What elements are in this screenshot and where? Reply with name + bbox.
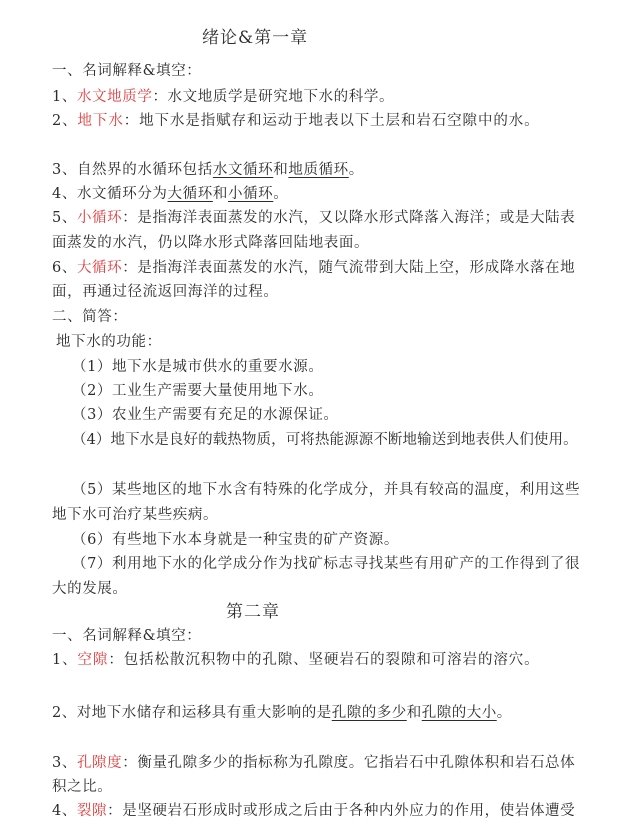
separator: ：: [108, 652, 123, 668]
separator: ：: [152, 89, 167, 105]
definition-item: 1、水文地质学：水文地质学是研究地下水的科学。: [52, 87, 394, 107]
conjunction: 和: [213, 186, 228, 202]
definition-continuation: 积之比。: [52, 777, 112, 797]
separator: ：: [107, 803, 122, 819]
definition-item: 3、孔隙度：衡量孔隙多少的指标称为孔隙度。它指岩石中孔隙体积和岩石总体: [52, 753, 575, 773]
item-number: 3、: [52, 162, 77, 178]
fill-blank-item: 2、对地下水储存和运移具有重大影响的是孔隙的多少和孔隙的大小。: [52, 703, 512, 723]
answer-blank: 地质循环: [288, 162, 348, 178]
function-item: （4）地下水是良好的载热物质，可将热能源源不断地输送到地表供人们使用。: [72, 430, 578, 450]
definition: 是指海洋表面蒸发的水汽，随气流带到大陆上空，形成降水落在地: [137, 260, 575, 276]
term: 孔隙度: [77, 755, 122, 771]
punctuation: 。: [497, 705, 512, 721]
item-number: 1、: [52, 89, 77, 105]
question-text: 对地下水储存和运移具有重大影响的是: [77, 705, 332, 721]
term: 水文地质学: [77, 89, 153, 105]
fill-blank-item: 3、自然界的水循环包括水文循环和地质循环。: [52, 160, 364, 180]
definition-continuation: 面，再通过径流返回海洋的过程。: [52, 282, 279, 302]
chapter2-section1-heading: 一、名词解释&填空：: [52, 626, 201, 646]
function-item: （5）某些地区的地下水含有特殊的化学成分，并具有较高的温度，利用这些: [72, 480, 580, 500]
question-text: 水文循环分为: [77, 186, 168, 202]
item-number: 3、: [52, 755, 77, 771]
chapter1-section1-heading: 一、名词解释&填空：: [52, 61, 201, 81]
definition-continuation: 面蒸发的水汽，仍以降水形式降落回陆地表面。: [52, 233, 369, 253]
answer-blank: 水文循环: [213, 162, 273, 178]
separator: ：: [124, 113, 139, 129]
term: 小循环: [77, 210, 122, 226]
question-text: 自然界的水循环包括: [77, 162, 213, 178]
function-item: （2）工业生产需要大量使用地下水。: [72, 381, 323, 401]
function-continuation: 地下水可治疗某些疾病。: [52, 505, 218, 525]
answer-blank: 孔隙的多少: [332, 705, 407, 721]
function-continuation: 大的发展。: [52, 579, 128, 599]
punctuation: 。: [273, 186, 288, 202]
term: 裂隙: [77, 803, 107, 819]
term: 空隙: [78, 652, 109, 668]
item-number: 4、: [52, 186, 77, 202]
definition: 地下水是指赋存和运动于地表以下土层和岩石空隙中的水。: [139, 113, 539, 129]
term: 地下水: [78, 113, 124, 129]
definition: 水文地质学是研究地下水的科学。: [168, 89, 395, 105]
conjunction: 和: [407, 705, 422, 721]
punctuation: 。: [349, 162, 364, 178]
function-item: （7）利用地下水的化学成分作为找矿标志寻找某些有用矿产的工作得到了很: [72, 554, 580, 574]
chapter1-section2-heading: 二、简答：: [52, 307, 128, 327]
function-item: （3）农业生产需要有充足的水源保证。: [72, 405, 339, 425]
item-number: 4、: [52, 803, 77, 819]
item-number: 1、: [52, 652, 78, 668]
separator: ：: [122, 755, 137, 771]
definition: 衡量孔隙多少的指标称为孔隙度。它指岩石中孔隙体积和岩石总体: [137, 755, 575, 771]
item-number: 2、: [52, 705, 77, 721]
chapter1-title: 绪论&第一章: [202, 26, 308, 50]
definition-item: 5、小循环：是指海洋表面蒸发的水汽，又以降水形式降落入海洋；或是大陆表: [52, 208, 575, 228]
fill-blank-item: 4、水文循环分为大循环和小循环。: [52, 184, 288, 204]
definition: 是坚硬岩石形成时或形成之后由于各种内外应力的作用，使岩体遭受: [122, 803, 575, 819]
definition: 是指海洋表面蒸发的水汽，又以降水形式降落入海洋；或是大陆表: [137, 210, 575, 226]
item-number: 2、: [52, 113, 78, 129]
definition-item: 6、大循环：是指海洋表面蒸发的水汽，随气流带到大陆上空，形成降水落在地: [52, 258, 575, 278]
chapter2-title: 第二章: [226, 600, 280, 624]
separator: ：: [122, 260, 137, 276]
function-item: （1）地下水是城市供水的重要水源。: [72, 357, 323, 377]
term: 大循环: [77, 260, 122, 276]
item-number: 6、: [52, 260, 77, 276]
answer-blank: 小循环: [228, 186, 273, 202]
function-item: （6）有些地下水本身就是一种宝贵的矿产资源。: [72, 530, 399, 550]
definition-item: 1、空隙：包括松散沉积物中的孔隙、坚硬岩石的裂隙和可溶岩的溶穴。: [52, 650, 540, 670]
answer-blank: 孔隙的大小: [422, 705, 497, 721]
qa-title: 地下水的功能：: [56, 332, 162, 352]
answer-blank: 大循环: [168, 186, 213, 202]
definition: 包括松散沉积物中的孔隙、坚硬岩石的裂隙和可溶岩的溶穴。: [124, 652, 540, 668]
definition-item: 2、地下水：地下水是指赋存和运动于地表以下土层和岩石空隙中的水。: [52, 111, 540, 131]
item-number: 5、: [52, 210, 77, 226]
separator: ：: [122, 210, 137, 226]
conjunction: 和: [273, 162, 288, 178]
definition-item: 4、裂隙：是坚硬岩石形成时或形成之后由于各种内外应力的作用，使岩体遭受: [52, 801, 575, 821]
